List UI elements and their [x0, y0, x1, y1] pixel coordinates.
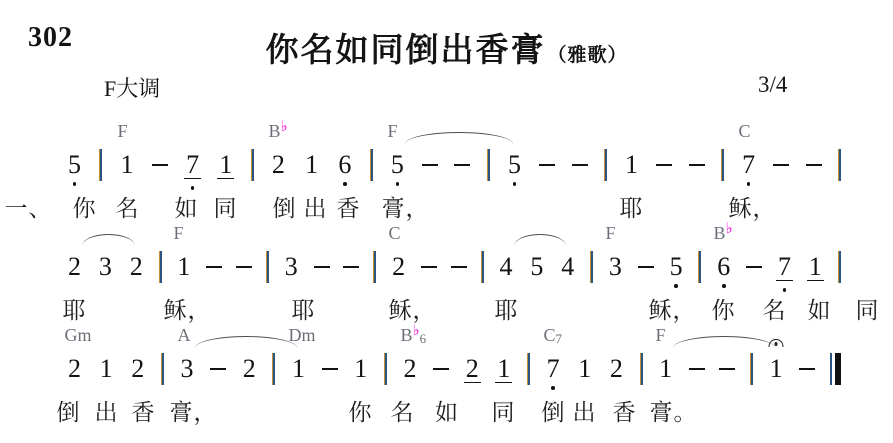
lyric: 出	[95, 394, 119, 427]
note: 1	[495, 356, 512, 383]
header: 302 你名如同倒出香膏（雅歌）	[0, 20, 893, 66]
barline	[698, 251, 701, 283]
note: 1	[623, 152, 640, 178]
lyric-layer: 倒出香膏，你名如同倒出香膏。	[66, 388, 841, 426]
lyric: 倒	[57, 394, 81, 427]
lyric: 香	[132, 394, 156, 427]
sustain-dash	[746, 266, 762, 268]
note: 7	[184, 152, 201, 179]
chord-label: C	[389, 224, 401, 242]
sustain-dash	[206, 266, 222, 268]
sustain-dash	[314, 266, 330, 268]
note: 1	[98, 356, 115, 382]
note-row: 23213245435671	[66, 248, 841, 286]
lyric: 名	[391, 394, 415, 427]
lyric: 膏，	[382, 190, 430, 223]
lyric: 同	[492, 394, 516, 427]
barline	[721, 149, 724, 181]
lyric: 耶	[63, 292, 87, 325]
song-title: 你名如同倒出香膏	[265, 31, 545, 68]
note: 6	[715, 254, 732, 280]
barline	[750, 353, 753, 385]
note: 7	[776, 254, 793, 281]
note-row: 212321122171211	[66, 350, 841, 388]
chord-label: F	[174, 224, 184, 242]
flat-icon: ♭	[726, 219, 733, 237]
barline	[384, 353, 387, 385]
sustain-dash	[433, 368, 449, 370]
sustain-dash	[152, 164, 168, 166]
system: FCFB♭23213245435671耶稣，耶稣，耶稣，你名如同	[66, 222, 841, 324]
lyric: 出	[304, 190, 328, 223]
note: 1	[576, 356, 593, 382]
chord-layer: FCFB♭	[66, 222, 841, 248]
barline	[266, 251, 269, 283]
sustain-dash	[773, 164, 789, 166]
time-signature: 3/4	[758, 72, 787, 98]
sheet-music-page: 302 你名如同倒出香膏（雅歌） F大调 3/4 FB♭FC5171216551…	[0, 0, 893, 426]
note: 1	[768, 356, 785, 382]
note: 7	[545, 356, 562, 382]
sustain-dash	[656, 164, 672, 166]
note: 1	[657, 356, 674, 382]
system: GmADmB♭6C7F212321122171211倒出香膏，你名如同倒出香膏。	[66, 324, 841, 426]
barline	[272, 353, 275, 385]
note: 1	[807, 254, 824, 281]
sustain-dash	[689, 164, 705, 166]
sustain-dash	[422, 164, 438, 166]
note: 5	[506, 152, 523, 178]
chord-label: C	[739, 122, 751, 140]
lyric: 倒	[273, 190, 297, 223]
title-annotation: （雅歌）	[547, 45, 627, 66]
note: 2	[270, 152, 287, 178]
lyric: 你	[712, 292, 736, 325]
lyric: 如	[435, 394, 459, 427]
lyric: 稣，	[164, 292, 212, 325]
lyric: 如	[175, 190, 199, 223]
barline	[373, 251, 376, 283]
note: 2	[402, 356, 419, 382]
sustain-dash	[638, 266, 654, 268]
note: 3	[283, 254, 300, 280]
note: 2	[129, 356, 146, 382]
lyric: 出	[573, 394, 597, 427]
barline	[640, 353, 643, 385]
lyric: 名	[116, 190, 140, 223]
chord-label: F	[118, 122, 128, 140]
sustain-dash	[799, 368, 815, 370]
barline	[604, 149, 607, 181]
song-number: 302	[28, 22, 73, 54]
score: FB♭FC51712165517一、你名如同倒出香膏，耶稣，FCFB♭23213…	[0, 120, 893, 426]
lyric: 膏，	[170, 394, 218, 427]
chord-label: F	[606, 224, 616, 242]
note: 1	[303, 152, 320, 178]
chord-label: Gm	[65, 326, 92, 344]
note: 4	[559, 254, 576, 280]
lyric: 同	[856, 292, 880, 325]
lyric: 耶	[292, 292, 316, 325]
note: 5	[66, 152, 83, 178]
barline	[251, 149, 254, 181]
chord-label: B♭6	[401, 326, 427, 344]
lyric: 你	[349, 394, 373, 427]
lyric: 稣，	[729, 190, 777, 223]
sustain-dash	[236, 266, 252, 268]
note: 2	[608, 356, 625, 382]
note: 2	[241, 356, 258, 382]
sustain-dash	[454, 164, 470, 166]
note: 2	[464, 356, 481, 383]
key-signature: F大调	[104, 72, 160, 103]
barline	[161, 353, 164, 385]
note: 4	[498, 254, 515, 280]
barline	[487, 149, 490, 181]
note: 7	[740, 152, 757, 178]
lyric-layer: 一、你名如同倒出香膏，耶稣，	[66, 184, 841, 222]
sustain-dash	[539, 164, 555, 166]
barline	[99, 149, 102, 181]
note: 1	[290, 356, 307, 382]
flat-icon: ♭	[281, 117, 288, 135]
note: 2	[66, 254, 83, 280]
lyric: 同	[214, 190, 238, 223]
sustain-dash	[451, 266, 467, 268]
note: 5	[389, 152, 406, 178]
note: 2	[128, 254, 145, 280]
note: 5	[528, 254, 545, 280]
chord-label: C7	[544, 326, 563, 344]
lyric-layer: 耶稣，耶稣，耶稣，你名如同	[66, 286, 841, 324]
title-block: 你名如同倒出香膏（雅歌）	[0, 20, 893, 71]
chord-label: F	[656, 326, 666, 344]
system: FB♭FC51712165517一、你名如同倒出香膏，耶稣，	[66, 120, 841, 222]
barline	[481, 251, 484, 283]
barline	[159, 251, 162, 283]
lyric: 倒	[542, 394, 566, 427]
barline	[838, 251, 841, 283]
barline	[370, 149, 373, 181]
lyric: 香	[337, 190, 361, 223]
lyric: 你	[73, 190, 97, 223]
lyric: 如	[808, 292, 832, 325]
lyric: 名	[763, 292, 787, 325]
sustain-dash	[572, 164, 588, 166]
note: 2	[66, 356, 83, 382]
meta-row: F大调 3/4	[0, 72, 893, 104]
lyric: 耶	[620, 190, 644, 223]
note: 3	[97, 254, 114, 280]
note: 5	[668, 254, 685, 280]
barline	[590, 251, 593, 283]
lyric: 香	[613, 394, 637, 427]
note: 1	[119, 152, 136, 178]
sustain-dash	[719, 368, 735, 370]
note: 6	[336, 152, 353, 178]
sustain-dash	[689, 368, 705, 370]
note: 3	[607, 254, 624, 280]
chord-label: A	[178, 326, 191, 344]
lyric: 稣，	[649, 292, 697, 325]
flat-icon: ♭	[413, 321, 420, 339]
note: 1	[175, 254, 192, 280]
sustain-dash	[343, 266, 359, 268]
chord-label: B♭	[269, 122, 288, 140]
note: 2	[390, 254, 407, 280]
lyric: 一、	[5, 190, 53, 223]
chord-label: B♭	[714, 224, 733, 242]
sustain-dash	[421, 266, 437, 268]
lyric: 膏。	[650, 394, 698, 427]
barline	[527, 353, 530, 385]
final-barline	[830, 353, 841, 385]
note-row: 51712165517	[66, 146, 841, 184]
sustain-dash	[806, 164, 822, 166]
sustain-dash	[210, 368, 226, 370]
note: 1	[217, 152, 234, 179]
chord-label: F	[388, 122, 398, 140]
note: 3	[179, 356, 196, 382]
barline	[838, 149, 841, 181]
note: 1	[352, 356, 369, 382]
chord-label: Dm	[289, 326, 316, 344]
sustain-dash	[322, 368, 338, 370]
lyric: 耶	[495, 292, 519, 325]
